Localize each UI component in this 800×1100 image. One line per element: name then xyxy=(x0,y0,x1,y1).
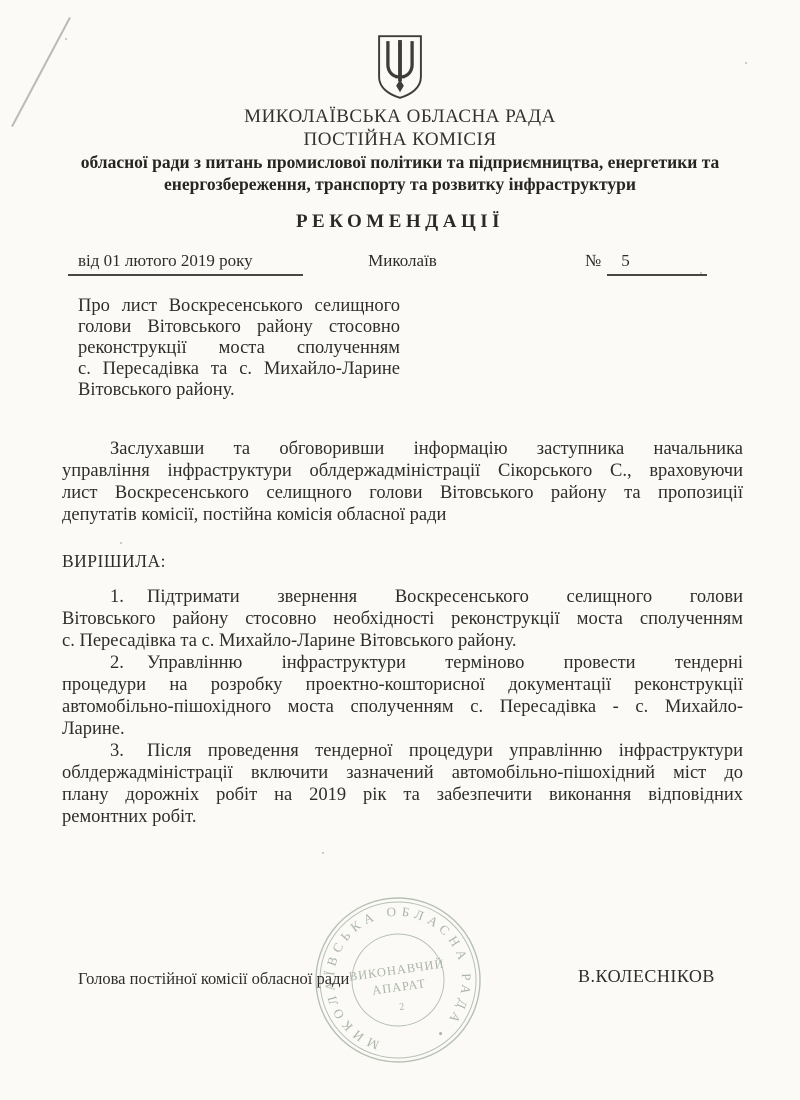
resolution-rest-lines: облдержадміністрації включити зазначений… xyxy=(62,762,743,828)
resolution-text: Після проведення тендерної процедури упр… xyxy=(147,740,743,762)
resolution-text: Управлінню інфраструктури терміново пров… xyxy=(147,652,743,674)
scan-speck xyxy=(745,62,747,64)
text-line: Вітовського району стосовно необхідності… xyxy=(62,608,743,630)
resolution-rest-lines: Вітовського району стосовно необхідності… xyxy=(62,608,743,652)
text-line: процедури на розробку проектно-кошторисн… xyxy=(62,674,743,696)
document-meta-row: від 01 лютого 2019 року Миколаїв №5 xyxy=(0,251,800,281)
document-date: від 01 лютого 2019 року xyxy=(68,251,303,276)
scan-speck xyxy=(65,38,67,40)
resolution-first-line: 3. Після проведення тендерної процедури … xyxy=(62,740,743,762)
resolution-item: 2. Управлінню інфраструктури терміново п… xyxy=(62,652,743,740)
text-line: с. Пересадівка та с. Михайло-Ларине Віто… xyxy=(62,630,743,652)
decision-heading: ВИРІШИЛА: xyxy=(62,551,166,572)
resolution-number: 1. xyxy=(110,586,147,608)
subject-paragraph: Про лист Воскресенського селищногоголови… xyxy=(78,296,400,401)
text-line: голови Вітовського району стосовно xyxy=(78,317,400,338)
scan-speck xyxy=(322,852,324,854)
preamble-paragraph: Заслухавши та обговоривши інформацію зас… xyxy=(62,438,743,526)
stamp-center-line3: 2 xyxy=(399,1001,405,1013)
commission-scope-line2: енергозбереження, транспорту та розвитку… xyxy=(0,174,800,195)
text-line: Вітовського району. xyxy=(78,380,400,401)
resolution-list: 1. Підтримати звернення Воскресенського … xyxy=(62,586,743,828)
text-line: автомобільно-пішохідного моста сполученн… xyxy=(62,696,743,718)
text-line: Ларине. xyxy=(62,718,743,740)
scanned-document-page: МИКОЛАЇВСЬКА ОБЛАСНА РАДА ПОСТІЙНА КОМІС… xyxy=(0,0,800,1100)
resolution-number: 2. xyxy=(110,652,147,674)
text-line: ремонтних робіт. xyxy=(62,806,743,828)
resolution-item: 3. Після проведення тендерної процедури … xyxy=(62,740,743,828)
ukraine-trident-emblem-icon xyxy=(372,34,428,100)
text-line: лист Воскресенського селищного голови Ві… xyxy=(62,482,743,504)
org-commission: ПОСТІЙНА КОМІСІЯ xyxy=(0,129,800,151)
text-line: депутатів комісії, постійна комісія обла… xyxy=(62,504,743,526)
signatory-title: Голова постійної комісії обласної ради xyxy=(78,969,349,989)
resolution-text: Підтримати звернення Воскресенського сел… xyxy=(147,586,743,608)
document-title: РЕКОМЕНДАЦІЇ xyxy=(0,211,800,233)
text-line: облдержадміністрації включити зазначений… xyxy=(62,762,743,784)
number-sign: № xyxy=(585,251,601,270)
document-city: Миколаїв xyxy=(330,251,475,271)
text-line: Про лист Воскресенського селищного xyxy=(78,296,400,317)
resolution-number: 3. xyxy=(110,740,147,762)
resolution-rest-lines: процедури на розробку проектно-кошторисн… xyxy=(62,674,743,740)
resolution-first-line: 2. Управлінню інфраструктури терміново п… xyxy=(62,652,743,674)
document-number: №5 xyxy=(585,251,707,276)
text-line: управління інфраструктури облдержадмініс… xyxy=(62,460,743,482)
commission-scope-line1: обласної ради з питань промислової політ… xyxy=(0,152,800,173)
scan-speck xyxy=(120,542,122,544)
text-line: реконструкції моста сполученням xyxy=(78,338,400,359)
text-line: с. Пересадівка та с. Михайло-Ларине xyxy=(78,359,400,380)
resolution-first-line: 1. Підтримати звернення Воскресенського … xyxy=(62,586,743,608)
text-line: Заслухавши та обговоривши інформацію зас… xyxy=(62,438,743,460)
org-name: МИКОЛАЇВСЬКА ОБЛАСНА РАДА xyxy=(0,106,800,128)
signatory-name: В.КОЛЕСНІКОВ xyxy=(578,966,715,987)
text-line: плану дорожніх робіт на 2019 рік та забе… xyxy=(62,784,743,806)
resolution-item: 1. Підтримати звернення Воскресенського … xyxy=(62,586,743,652)
number-value: 5 xyxy=(607,251,707,276)
